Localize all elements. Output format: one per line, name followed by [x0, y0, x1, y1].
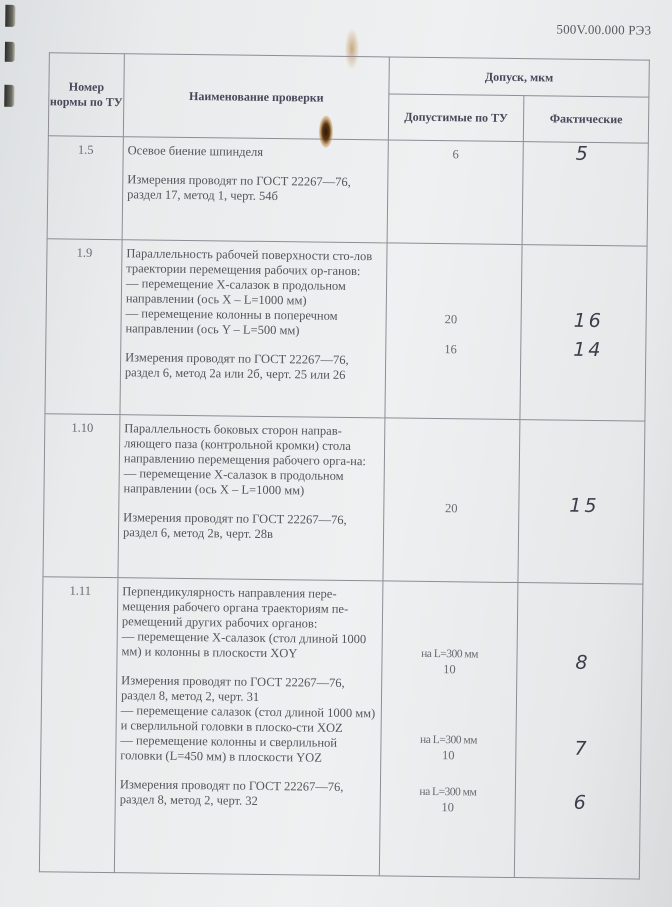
allowed-value: 20 — [384, 500, 518, 517]
check-description: Параллельность боковых сторон направ-ляю… — [118, 415, 385, 581]
check-item: — перемещение X-салазок (стол длиной 100… — [121, 629, 377, 662]
check-title: Параллельность боковых сторон направ-ляю… — [124, 421, 381, 469]
inspection-table: Номер нормы по ТУ Наименование проверки … — [39, 52, 650, 879]
binding-hole — [5, 42, 15, 62]
allowed-value: 20 — [445, 312, 521, 328]
allowed-prefix: на L=300 мм — [421, 648, 478, 661]
table-row: 1.9 Параллельность рабочей поверхности с… — [45, 239, 647, 421]
allowed-prefix: на L=300 мм — [419, 786, 476, 799]
allowed-cell: 6 — [387, 140, 523, 245]
check-title: Параллельность рабочей поверхности сто-л… — [126, 246, 382, 279]
allowed-value: на L=300 мм 10 — [381, 783, 515, 816]
document-code: 500V.00.000 РЭ3 — [556, 21, 651, 38]
allowed-cell: 20 16 — [385, 243, 522, 420]
norm-number: 1.10 — [43, 414, 120, 578]
header-tolerance: Допуск, мкм — [389, 57, 649, 98]
document-page: 500V.00.000 РЭ3 Номер нормы по ТУ Наимен… — [0, 0, 672, 907]
norm-number: 1.11 — [39, 577, 118, 873]
actual-value: 7 — [574, 742, 589, 757]
check-method: Измерения проводят по ГОСТ 22267—76, раз… — [127, 172, 383, 205]
header-allowed: Допустимые по ТУ — [388, 94, 524, 141]
binding-hole — [5, 5, 15, 27]
allowed-value: 6 — [389, 146, 523, 163]
check-title: Перпендикулярность направления пере-меще… — [122, 584, 379, 632]
norm-number: 1.5 — [47, 136, 123, 240]
check-description: Осевое биение шпинделя Измерения проводя… — [122, 137, 388, 243]
allowed-value: на L=300 мм 10 — [382, 645, 516, 678]
binding-hole — [4, 85, 14, 107]
check-method: Измерения проводят по ГОСТ 22267—76, раз… — [123, 510, 379, 543]
actual-value: 14 — [573, 343, 603, 358]
allowed-value: на L=300 мм 10 — [381, 731, 515, 764]
check-description: Параллельность рабочей поверхности сто-л… — [120, 240, 387, 418]
allowed-prefix: на L=300 мм — [420, 734, 477, 747]
allowed-cell: 20 — [383, 418, 520, 583]
check-method: Измерения проводят по ГОСТ 22267—76, раз… — [120, 777, 376, 810]
actual-cell: 8 7 6 — [514, 583, 643, 880]
actual-cell: 16 14 — [520, 245, 647, 422]
header-norm-number: Номер нормы по ТУ — [48, 53, 124, 137]
actual-value: 6 — [574, 796, 589, 811]
table-row: 1.5 Осевое биение шпинделя Измерения про… — [47, 136, 648, 246]
actual-cell: 15 — [518, 420, 645, 585]
allowed-number: 10 — [442, 748, 455, 762]
actual-cell: 5 — [522, 142, 648, 247]
header-check-name: Наименование проверки — [123, 54, 389, 140]
allowed-cell: на L=300 мм 10 на L=300 мм 10 на L=300 м… — [379, 581, 518, 878]
check-description: Перпендикулярность направления пере-меще… — [114, 578, 383, 876]
check-title: Осевое биение шпинделя — [128, 143, 384, 161]
check-item: — перемещение колонны и сверлильной голо… — [120, 733, 376, 766]
actual-value: 8 — [575, 656, 590, 671]
actual-value: 5 — [576, 147, 591, 162]
check-item: — перемещение X-салазок в продольном нап… — [123, 466, 379, 499]
allowed-number: 10 — [443, 662, 456, 676]
check-item: — перемещение колонны в поперечном напра… — [125, 306, 381, 339]
allowed-number: 10 — [441, 800, 454, 814]
check-method: Измерения проводят по ГОСТ 22267—76, раз… — [125, 350, 381, 383]
actual-value: 16 — [574, 314, 604, 329]
check-item: — перемещение салазок (стол длиной 1000 … — [121, 703, 377, 736]
norm-number: 1.9 — [45, 239, 122, 415]
table-row: 1.10 Параллельность боковых сторон напра… — [43, 414, 645, 584]
check-item: — перемещение X-салазок в продольном нап… — [126, 276, 382, 309]
table-row: 1.11 Перпендикулярность направления пере… — [39, 577, 643, 879]
header-actual: Фактические — [523, 96, 649, 143]
allowed-value: 16 — [444, 342, 520, 358]
actual-value: 15 — [569, 499, 599, 514]
check-method: Измерения проводят по ГОСТ 22267—76, раз… — [121, 673, 377, 706]
